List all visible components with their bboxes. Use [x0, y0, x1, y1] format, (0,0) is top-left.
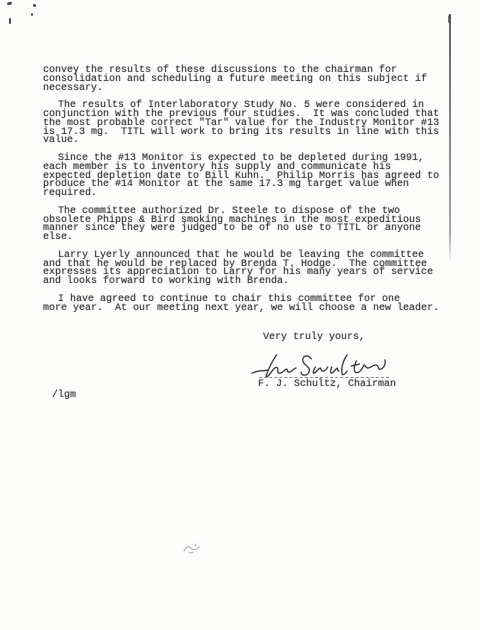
scan-speck: [9, 18, 11, 24]
scan-speck: [7, 1, 13, 5]
scanned-letter-page: convey the results of these discussions …: [0, 0, 480, 630]
signed-name: F. J. Schultz, Chairman: [258, 380, 396, 390]
scan-smudge: [181, 541, 207, 556]
scan-speck: [31, 13, 33, 16]
letter-body: convey the results of these discussions …: [43, 67, 449, 322]
letter-line: necessary.: [43, 85, 449, 94]
letter-line: consolidation and scheduling a future me…: [43, 76, 449, 85]
signature-underline: [259, 377, 389, 378]
paragraph: I have agreed to continue to chair this …: [43, 296, 449, 314]
scanner-edge-line-head: [448, 15, 451, 23]
scan-speck: [33, 4, 36, 7]
letter-line: required.: [43, 190, 449, 199]
letter-line: more year. At our meeting next year, we …: [43, 305, 449, 314]
handwritten-signature: [250, 350, 388, 380]
paragraph: Since the #13 Monitor is expected to be …: [43, 155, 449, 199]
paragraph: convey the results of these discussions …: [43, 67, 449, 93]
letter-line: and looks forward to working with Brenda…: [43, 278, 449, 287]
letter-line: produce the #14 Monitor at the same 17.3…: [43, 181, 449, 190]
typist-initials: /lgm: [52, 391, 76, 401]
letter-line: manner since they were judged to be of n…: [43, 225, 449, 234]
letter-line: value.: [43, 137, 449, 146]
paragraph: Larry Lyerly announced that he would be …: [43, 252, 449, 287]
scanner-edge-line: [449, 14, 451, 264]
paragraph: The committee authorized Dr. Steele to d…: [43, 208, 449, 243]
letter-line: else.: [43, 234, 449, 243]
paragraph: The results of Interlaboratory Study No.…: [43, 102, 449, 146]
letter-line: is 17.3 mg. TITL will work to bring its …: [43, 129, 449, 138]
closing-salutation: Very truly yours,: [263, 333, 365, 343]
